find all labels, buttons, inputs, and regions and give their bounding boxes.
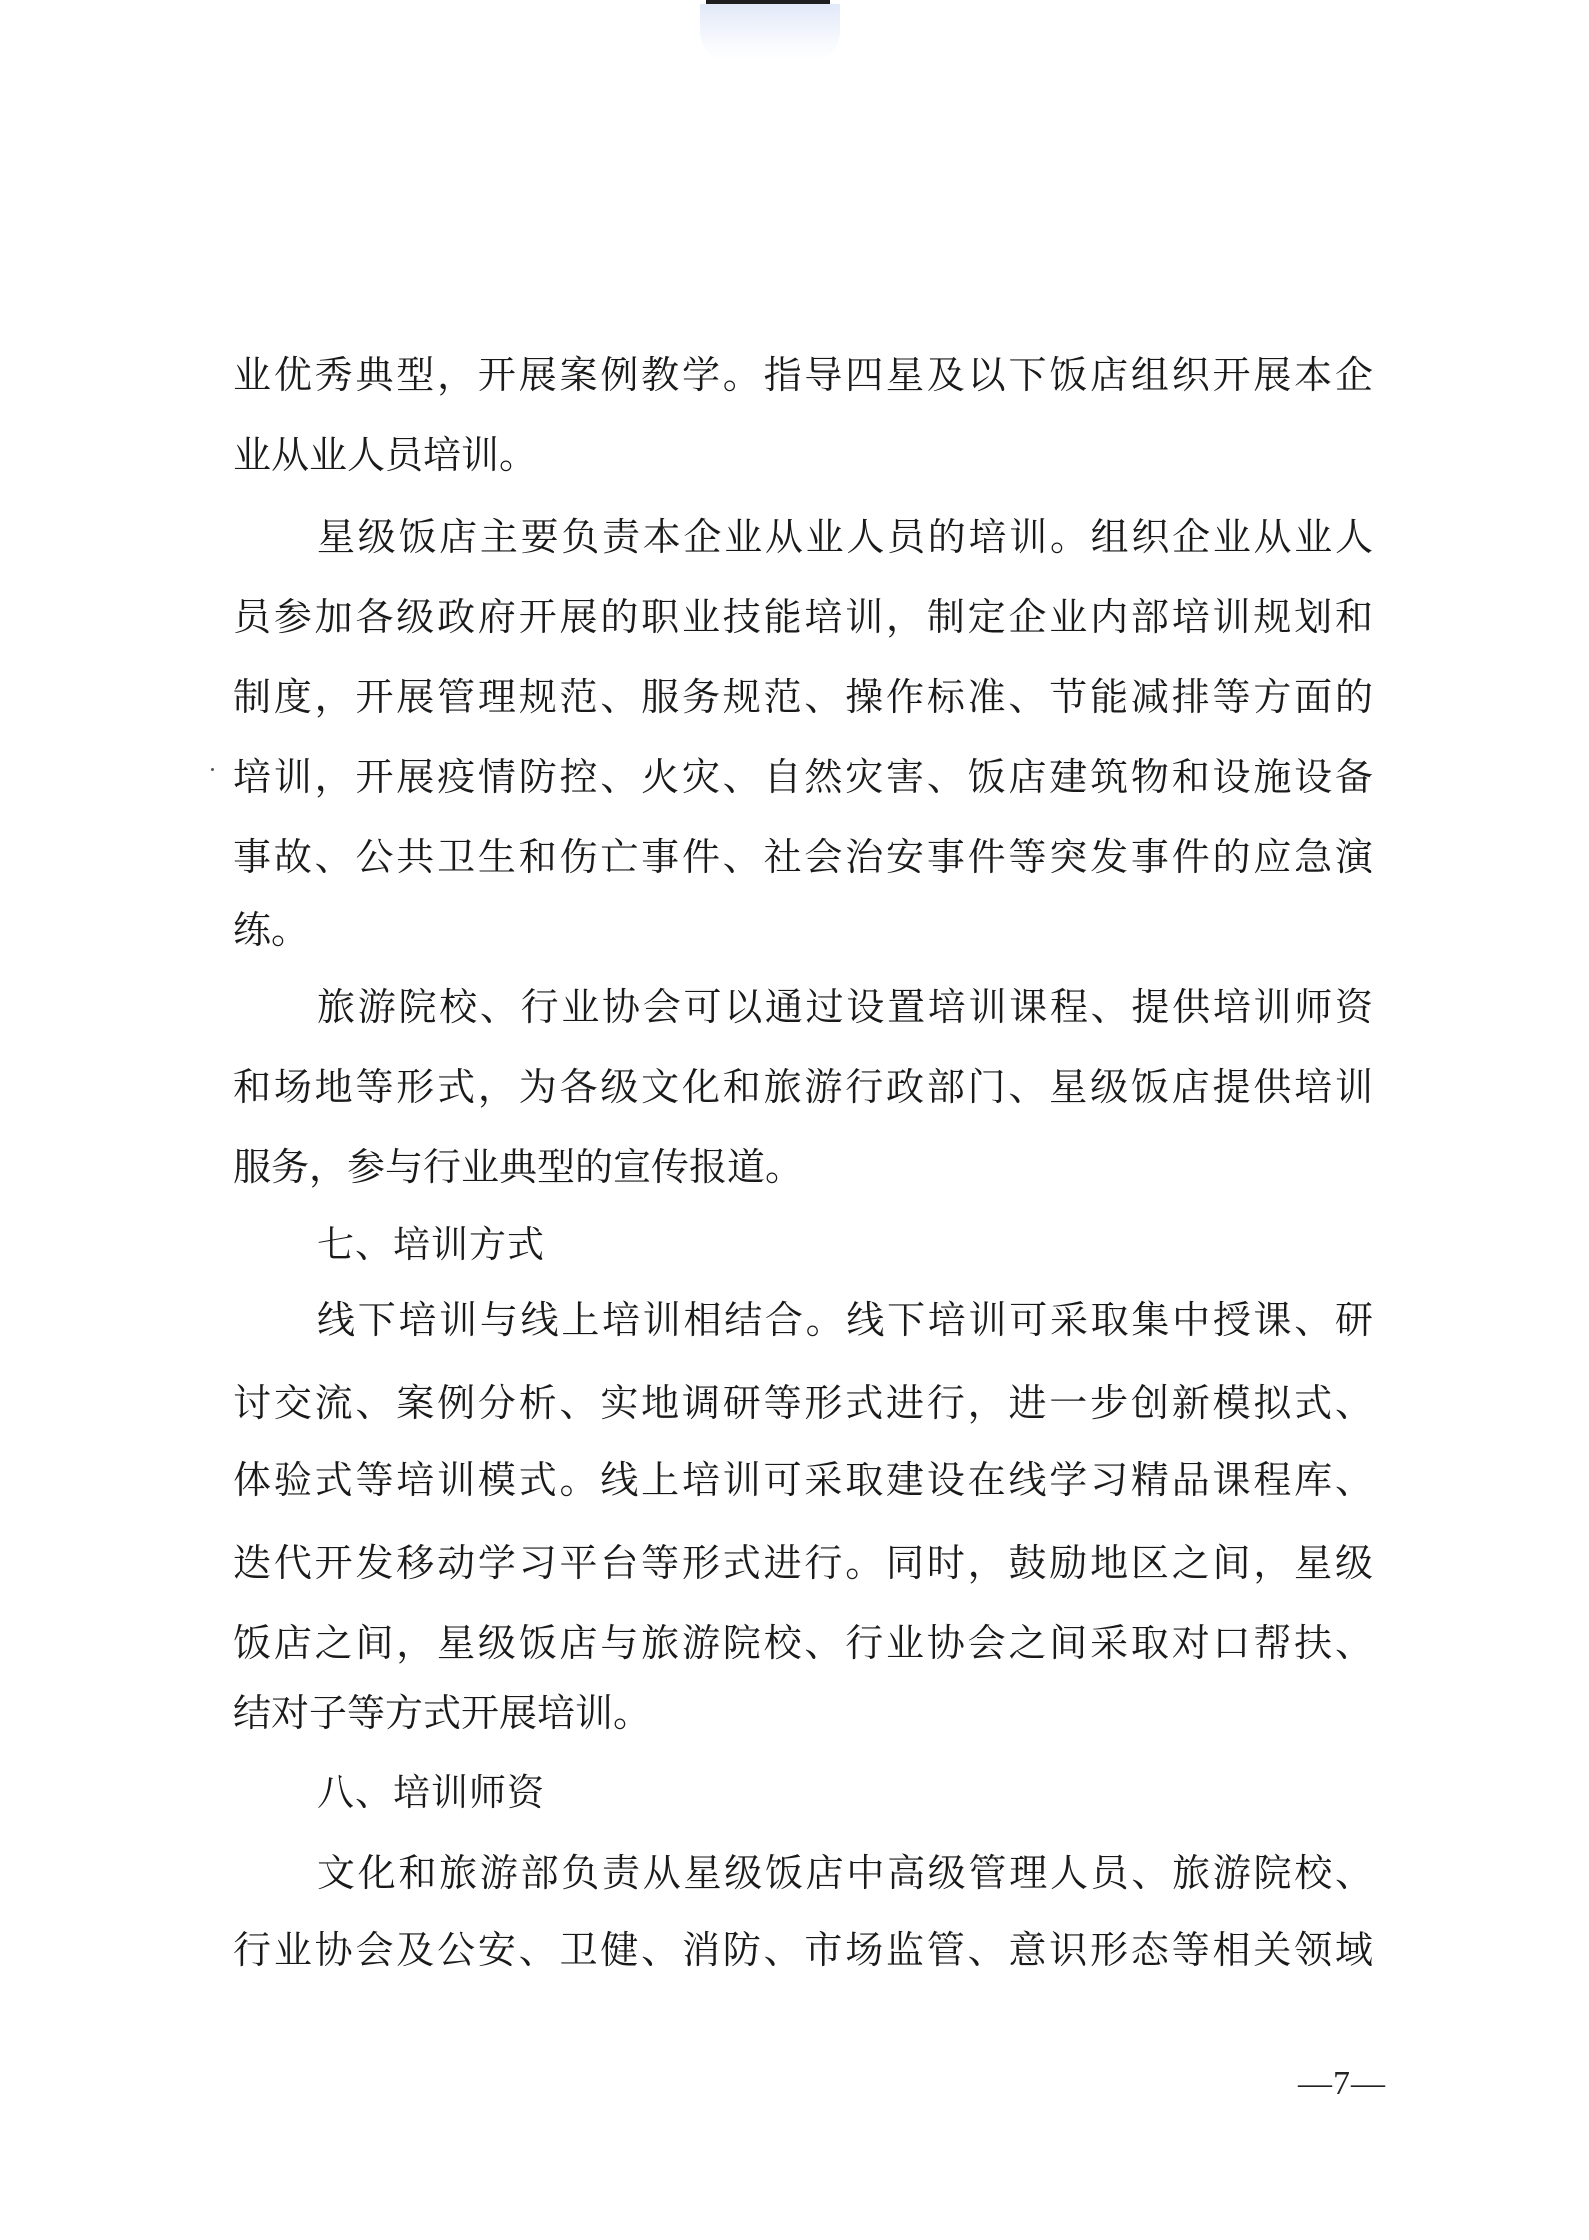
text-line: 服务，参与行业典型的宣传报道。: [233, 1143, 1373, 1191]
scan-artifact: [700, 4, 840, 62]
text-line: 体验式等培训模式。线上培训可采取建设在线学习精品课程库、: [233, 1456, 1373, 1504]
text-line: 行业协会及公安、卫健、消防、市场监管、意识形态等相关领域: [233, 1926, 1373, 1974]
paragraph-start-line: 旅游院校、行业协会可以通过设置培训课程、提供培训师资: [317, 983, 1373, 1031]
text-line: 和场地等形式，为各级文化和旅游行政部门、星级饭店提供培训: [233, 1063, 1373, 1111]
text-line: 饭店之间，星级饭店与旅游院校、行业协会之间采取对口帮扶、: [233, 1619, 1373, 1667]
text-line: 培训，开展疫情防控、火灾、自然灾害、饭店建筑物和设施设备: [233, 753, 1373, 801]
text-line: 员参加各级政府开展的职业技能培训，制定企业内部培训规划和: [233, 593, 1373, 641]
text-line: 业从业人员培训。: [233, 431, 1373, 479]
text-line: 制度，开展管理规范、服务规范、操作标准、节能减排等方面的: [233, 673, 1373, 721]
section-heading-training-methods: 七、培训方式: [317, 1221, 1373, 1269]
paragraph-start-line: 线下培训与线上培训相结合。线下培训可采取集中授课、研: [317, 1296, 1373, 1344]
text-line: 迭代开发移动学习平台等形式进行。同时，鼓励地区之间，星级: [233, 1539, 1373, 1587]
page-number: —7—: [1298, 2062, 1386, 2106]
text-line: 练。: [233, 906, 1373, 954]
section-heading-training-faculty: 八、培训师资: [317, 1769, 1373, 1817]
paragraph-start-line: 文化和旅游部负责从星级饭店中高级管理人员、旅游院校、: [317, 1849, 1373, 1897]
text-line: 结对子等方式开展培训。: [233, 1689, 1373, 1737]
scan-speck: [211, 768, 214, 771]
text-line: 事故、公共卫生和伤亡事件、社会治安事件等突发事件的应急演: [233, 833, 1373, 881]
text-line: 业优秀典型，开展案例教学。指导四星及以下饭店组织开展本企: [233, 351, 1373, 399]
text-line: 讨交流、案例分析、实地调研等形式进行，进一步创新模拟式、: [233, 1379, 1373, 1427]
paragraph-start-line: 星级饭店主要负责本企业从业人员的培训。组织企业从业人: [317, 513, 1373, 561]
